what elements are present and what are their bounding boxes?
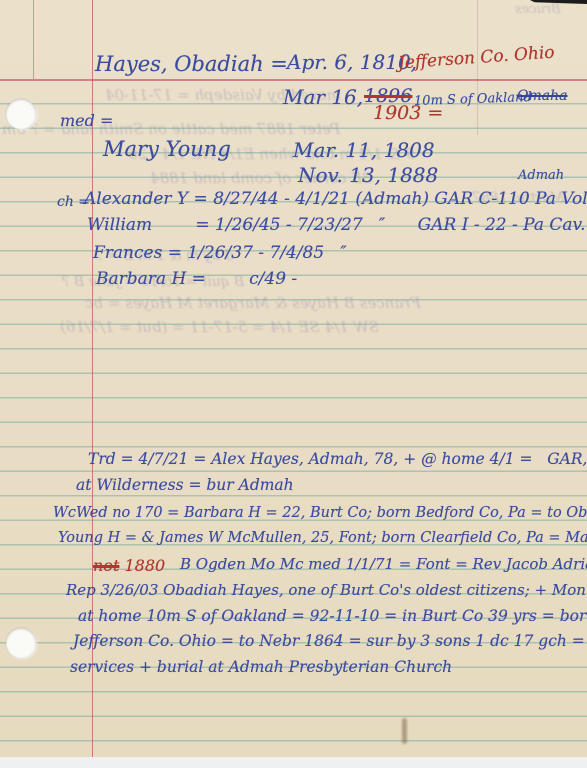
header-rule-line xyxy=(0,79,587,81)
child-row: Barbara H = c/49 - xyxy=(96,271,297,288)
subject-name: Hayes, Obadiah = xyxy=(95,54,288,75)
child-row: Alexander Y = 8/27/44 - 4/1/21 (Admah) G… xyxy=(84,191,587,208)
bleed-through-text: SW 1/4 SE 1/4 = 5-17-11 = (but = 1/7/16) xyxy=(60,320,379,335)
child-row: William = 1/26/45 - 7/23/27 ″ GAR I - 22… xyxy=(87,217,586,234)
spouse-death-date: Nov. 13, 1888 xyxy=(298,165,438,185)
note-line: Rep 3/26/03 Obadiah Hayes, one of Burt C… xyxy=(66,583,587,598)
note-line: services + burial at Admah Presbyterian … xyxy=(70,660,452,676)
note-line: Trd = 4/7/21 = Alex Hayes, Admah, 78, + … xyxy=(88,452,587,468)
note-red-struck-word: not xyxy=(93,556,119,575)
spouse-death-place: Admah xyxy=(518,169,564,182)
punch-hole-bottom xyxy=(6,628,36,658)
ink-smudge xyxy=(402,718,407,744)
bleed-through-text: Peter 1887 med cattle on Smith land = ? … xyxy=(2,122,340,137)
note-line: at home 10m S of Oakland = 92-11-10 = in… xyxy=(78,609,587,625)
death-year-correction: 1903 = xyxy=(373,104,443,123)
bleed-through-text: Frances B Hayes & Margaret M Hayes = bc xyxy=(85,296,421,311)
death-place-struck: Omaha xyxy=(517,89,567,103)
death-date-prefix: Mar 16, xyxy=(283,87,363,107)
ledger-paper: Bruces moved by Vaisdeph = 17-11-04 Pete… xyxy=(0,0,587,757)
scanned-page: Bruces moved by Vaisdeph = 17-11-04 Pete… xyxy=(0,0,587,768)
child-row: Frances = 1/26/37 - 7/4/85 ″ xyxy=(93,245,347,262)
spouse-birth-date: Mar. 11, 1808 xyxy=(293,140,435,160)
spouse-name: Mary Young xyxy=(103,139,231,160)
punch-hole-top xyxy=(6,99,36,129)
note-line: Young H = & James W McMullen, 25, Font; … xyxy=(58,531,587,546)
note-line: at Wilderness = bur Admah xyxy=(76,478,294,494)
note-line: B Ogden Mo Mc med 1/1/71 = Font = Rev Ja… xyxy=(180,557,587,572)
bleed-through-text: Bruces xyxy=(515,3,561,16)
scanner-background xyxy=(0,757,587,768)
note-line: WcWed no 170 = Barbara H = 22, Burt Co; … xyxy=(53,506,587,521)
top-margin-line xyxy=(33,0,34,79)
note-correction-red: not 1880 xyxy=(93,558,165,574)
note-red-year: 1880 xyxy=(119,556,165,575)
note-line: Jefferson Co. Ohio = to Nebr 1864 = sur … xyxy=(73,634,587,650)
married-label: med = xyxy=(60,113,113,129)
